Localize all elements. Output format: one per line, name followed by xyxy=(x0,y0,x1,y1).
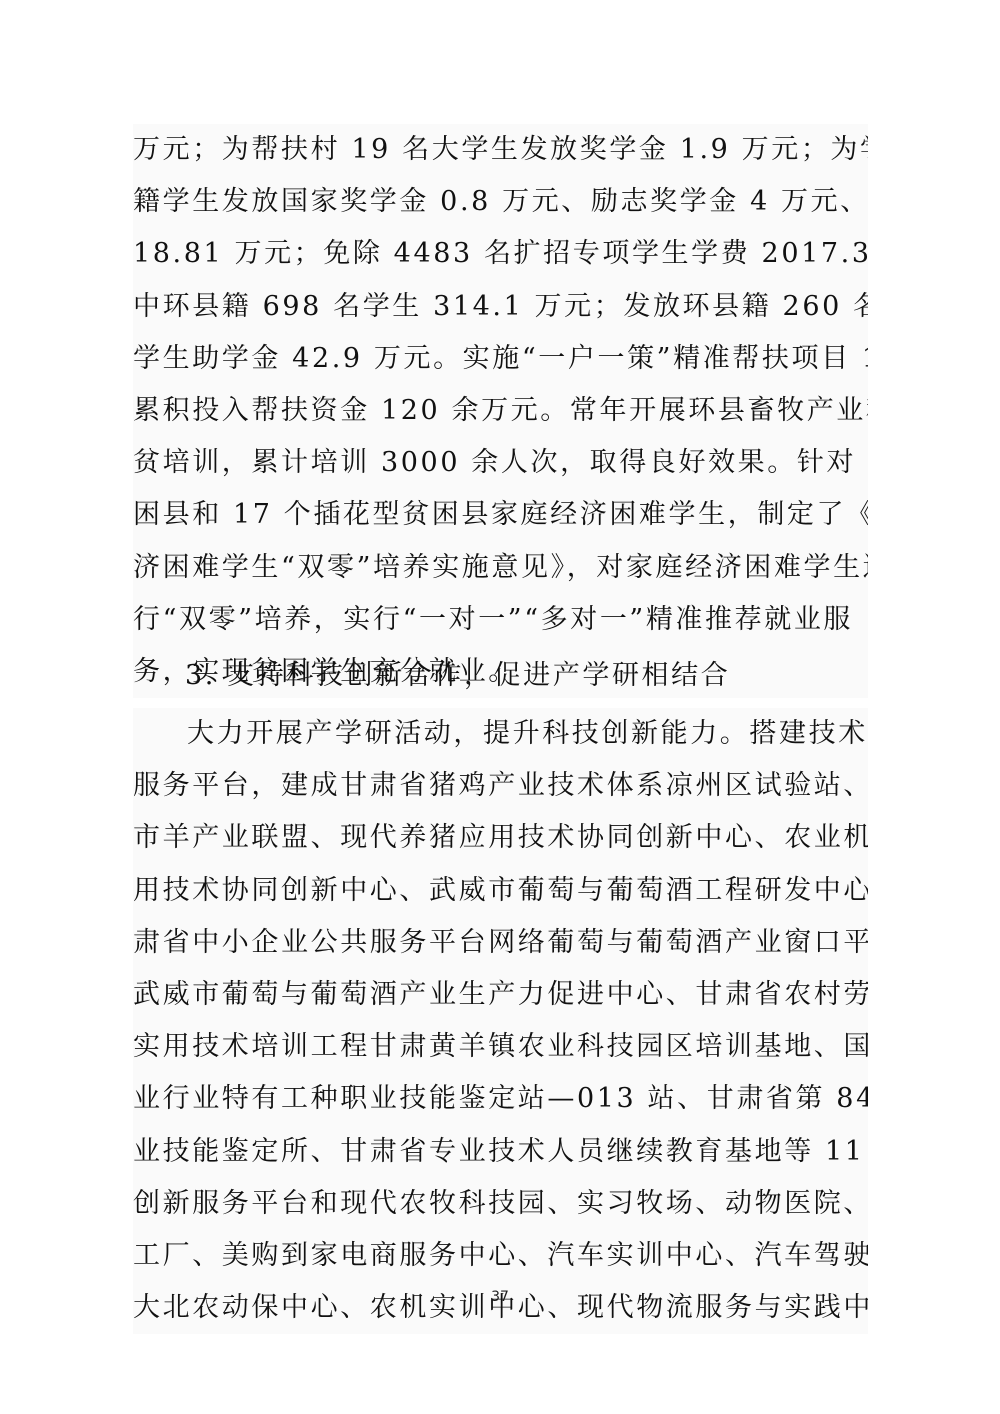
text-line: 困县和 17 个插花型贫困县家庭经济困难学生，制定了《家庭经 xyxy=(133,489,868,541)
text-line: 累积投入帮扶资金 120 余万元。常年开展环县畜牧产业科技扶 xyxy=(133,385,868,437)
text-line: 大力开展产学研活动，提升科技创新能力。搭建技术创新 xyxy=(133,708,868,760)
text-line: 工厂、美购到家电商服务中心、汽车实训中心、汽车驾驶分校、 xyxy=(133,1230,868,1282)
paragraph-block-1: 万元；为帮扶村 19 名大学生发放奖学金 1.9 万元；为学院环县 籍学生发放国… xyxy=(133,124,868,698)
text-line: 贫培训，累计培训 3000 余人次，取得良好效果。针对 58 个贫 xyxy=(133,437,868,489)
text-line: 肃省中小企业公共服务平台网络葡萄与葡萄酒产业窗口平台、 xyxy=(133,917,868,969)
text-line: 服务平台，建成甘肃省猪鸡产业技术体系凉州区试验站、武威 xyxy=(133,760,868,812)
page-number: 37 xyxy=(0,1289,1000,1305)
text-line: 行“双零”培养，实行“一对一”“多对一”精准推荐就业服 xyxy=(133,594,868,646)
text-line: 业行业特有工种职业技能鉴定站—013 站、甘肃省第 84 国家职 xyxy=(133,1073,868,1125)
text-line: 实用技术培训工程甘肃黄羊镇农业科技园区培训基地、国家农 xyxy=(133,1021,868,1073)
text-line: 籍学生发放国家奖学金 0.8 万元、励志奖学金 4 万元、助学金 xyxy=(133,176,868,228)
text-line: 用技术协同创新中心、武威市葡萄与葡萄酒工程研发中心、甘 xyxy=(133,865,868,917)
section-heading: 3. 支持科技创新合作，促进产学研相结合 xyxy=(185,654,730,698)
text-line: 业技能鉴定所、甘肃省专业技术人员继续教育基地等 11 个技术 xyxy=(133,1126,868,1178)
text-line: 万元；为帮扶村 19 名大学生发放奖学金 1.9 万元；为学院环县 xyxy=(133,124,868,176)
text-line: 18.81 万元；免除 4483 名扩招专项学生学费 2017.35 万元，其 xyxy=(133,228,868,280)
text-line: 济困难学生“双零”培养实施意见》，对家庭经济困难学生进 xyxy=(133,542,868,594)
text-line: 创新服务平台和现代农牧科技园、实习牧场、动物医院、实习 xyxy=(133,1178,868,1230)
paragraph-block-2: 大力开展产学研活动，提升科技创新能力。搭建技术创新 服务平台，建成甘肃省猪鸡产业… xyxy=(133,708,868,1334)
text-line: 学生助学金 42.9 万元。实施“一户一策”精准帮扶项目 11 个， xyxy=(133,333,868,385)
text-line: 武威市葡萄与葡萄酒产业生产力促进中心、甘肃省农村劳动力 xyxy=(133,969,868,1021)
text-line: 市羊产业联盟、现代养猪应用技术协同创新中心、农业机械应 xyxy=(133,812,868,864)
text-line: 中环县籍 698 名学生 314.1 万元；发放环县籍 260 名扩招专项 xyxy=(133,281,868,333)
